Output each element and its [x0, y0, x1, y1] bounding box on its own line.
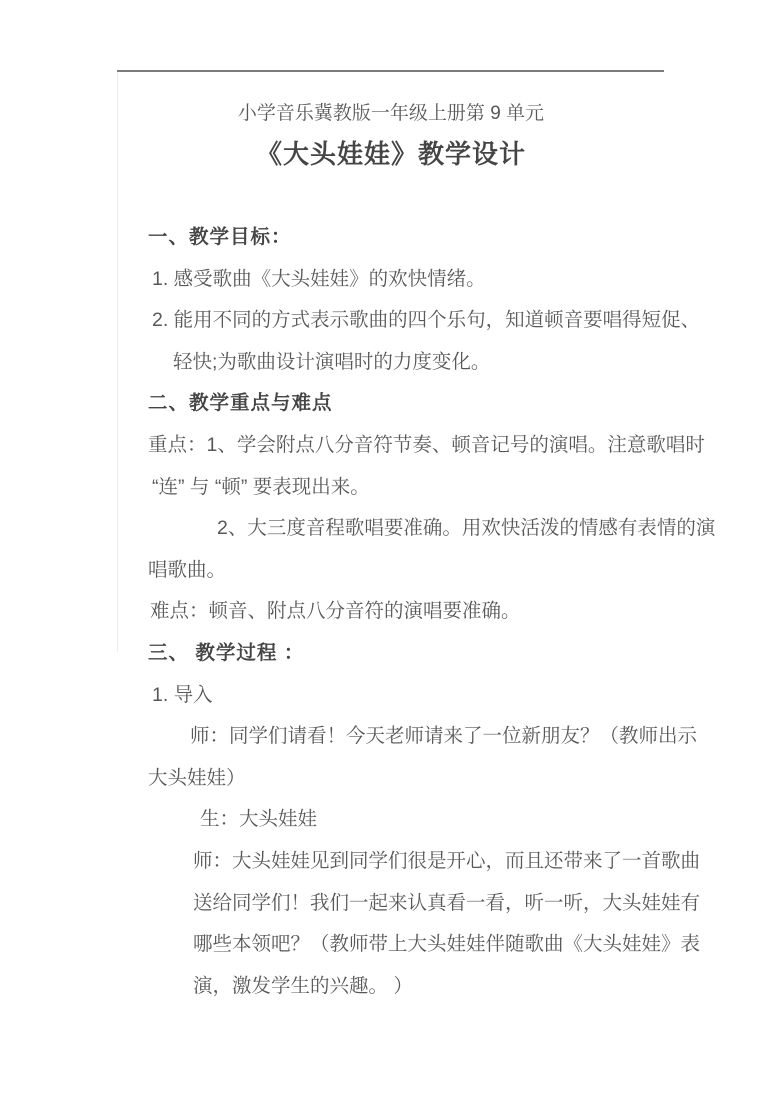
document-line: 师：同学们请看！今天老师请来了一位新朋友？（教师出示 [148, 716, 668, 758]
document-line: 轻快;为歌曲设计演唱时的力度变化。 [148, 342, 668, 384]
document-line: 2、大三度音程歌唱要准确。用欢快活泼的情感有表情的演 [148, 508, 668, 550]
header-rule [117, 70, 664, 72]
document-line: 2. 能用不同的方式表示歌曲的四个乐句，知道顿音要唱得短促、 [148, 300, 668, 342]
document-line: 重点：1、学会附点八分音符节奏、顿音记号的演唱。注意歌唱时 [148, 425, 668, 467]
document-line: 演，激发学生的兴趣。 ） [148, 966, 668, 1008]
document-line: 大头娃娃） [148, 758, 668, 800]
document-line: 唱歌曲。 [148, 550, 668, 592]
document-line: 1. 感受歌曲《大头娃娃》的欢快情绪。 [148, 259, 668, 301]
document-line: 生：大头娃娃 [148, 799, 668, 841]
document-line: 二、教学重点与难点 [148, 383, 668, 425]
document-title: 《大头娃娃》教学设计 [118, 136, 664, 172]
document-line: 哪些本领吧？（教师带上大头娃娃伴随歌曲《大头娃娃》表 [148, 924, 668, 966]
document-line: 难点：顿音、附点八分音符的演唱要准确。 [148, 591, 668, 633]
document-subtitle: 小学音乐冀教版一年级上册第 9 单元 [118, 101, 664, 127]
document-line: 送给同学们！我们一起来认真看一看，听一听，大头娃娃有 [148, 883, 668, 925]
document-line: 1. 导入 [148, 675, 668, 717]
document-line: 师：大头娃娃见到同学们很是开心，而且还带来了一首歌曲 [148, 841, 668, 883]
document-body: 一、教学目标：1. 感受歌曲《大头娃娃》的欢快情绪。2. 能用不同的方式表示歌曲… [148, 217, 668, 1007]
document-line: “连” 与 “顿” 要表现出来。 [148, 467, 668, 509]
document-page: 小学音乐冀教版一年级上册第 9 单元 《大头娃娃》教学设计 一、教学目标：1. … [0, 0, 780, 1103]
document-line: 一、教学目标： [148, 217, 668, 259]
document-line: 三、 教学过程 ： [148, 633, 668, 675]
